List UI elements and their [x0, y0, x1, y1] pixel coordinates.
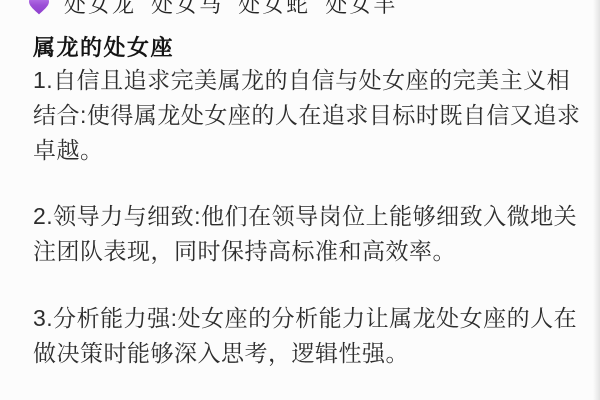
- paragraph-line: 1.自信且追求完美属龙的自信与处女座的完美主义相: [33, 63, 580, 98]
- paragraph-line: 做决策时能够深入思考，逻辑性强。: [33, 336, 580, 371]
- paragraph-1: 1.自信且追求完美属龙的自信与处女座的完美主义相 结合:使得属龙处女座的人在追求…: [33, 63, 580, 168]
- paragraph-line: 2.领导力与细致:他们在领导岗位上能够细致入微地关: [33, 199, 580, 234]
- note-page: 处女龙 处女马 处女蛇 处女羊 属龙的处女座 1.自信且追求完美属龙的自信与处女…: [0, 0, 600, 400]
- paragraph-line: 卓越。: [33, 133, 580, 168]
- paragraph-2: 2.领导力与细致:他们在领导岗位上能够细致入微地关 注团队表现，同时保持高标准和…: [33, 199, 580, 269]
- purple-heart-icon: [27, 0, 51, 17]
- topic-tags: 处女龙 处女马 处女蛇 处女羊: [64, 0, 397, 19]
- paragraph-line: 注团队表现，同时保持高标准和高效率。: [33, 234, 580, 269]
- topic-tags-row: 处女龙 处女马 处女蛇 处女羊: [27, 0, 397, 19]
- paragraph-3: 3.分析能力强:处女座的分析能力让属龙处女座的人在 做决策时能够深入思考，逻辑性…: [33, 301, 580, 371]
- paragraph-line: 3.分析能力强:处女座的分析能力让属龙处女座的人在: [33, 301, 580, 336]
- section-title: 属龙的处女座: [33, 31, 174, 62]
- right-edge-shade: [593, 0, 600, 400]
- paragraph-line: 结合:使得属龙处女座的人在追求目标时既自信又追求: [33, 98, 580, 133]
